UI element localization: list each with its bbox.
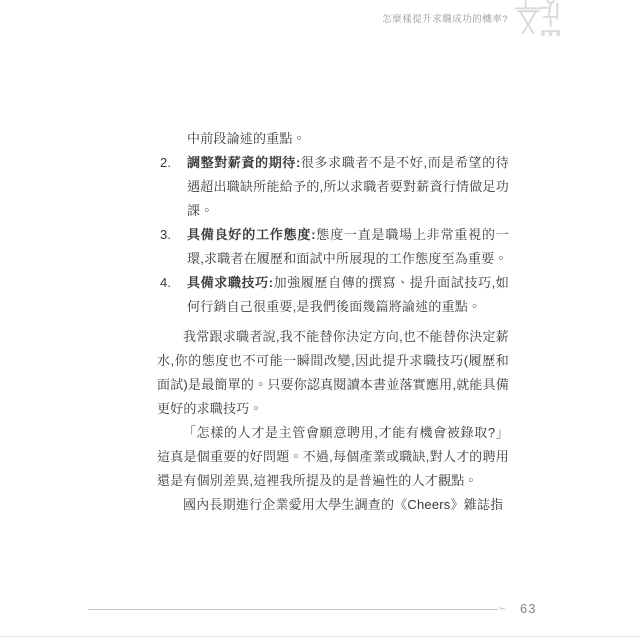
paragraph-3: 國內長期進行企業愛用大學生調查的《Cheers》雜誌指	[157, 493, 509, 517]
paragraph-1: 我常跟求職者說,我不能替你決定方向,也不能替你決定薪水,你的態度也不可能一瞬間改…	[157, 325, 509, 421]
list-item-text: 調整對薪資的期待:很多求職者不是不好,而是希望的待遇超出職缺所能給予的,所以求職…	[187, 151, 509, 223]
person-at-desk-icon	[512, 0, 570, 37]
running-title: 怎麼樣提升求職成功的機率?	[382, 11, 508, 25]
page-body: 中前段論述的重點。 2. 調整對薪資的期待:很多求職者不是不好,而是希望的待遇超…	[157, 127, 509, 517]
list-lead: 具備良好的工作態度:	[187, 227, 316, 242]
list-item-3: 3. 具備良好的工作態度:態度一直是職場上非常重視的一環,求職者在履歷和面試中所…	[157, 223, 509, 271]
book-page: 怎麼樣提升求職成功的機率? 中前段論述的重點。 2. 調整對薪資的期待:很多求職…	[0, 0, 640, 640]
list-item-4: 4. 具備求職技巧:加強履歷自傳的撰寫、提升面試技巧,如何行銷自己很重要,是我們…	[157, 271, 509, 319]
list-item-1-continuation: 中前段論述的重點。	[187, 127, 509, 151]
footer-rule	[88, 609, 498, 610]
list-lead: 具備求職技巧:	[187, 275, 273, 290]
paragraph-block: 我常跟求職者說,我不能替你決定方向,也不能替你決定薪水,你的態度也不可能一瞬間改…	[157, 325, 509, 517]
page-number: 63	[520, 601, 536, 616]
list-number: 4.	[157, 271, 187, 319]
list-item-2: 2. 調整對薪資的期待:很多求職者不是不好,而是希望的待遇超出職缺所能給予的,所…	[157, 151, 509, 223]
list-item-text: 具備良好的工作態度:態度一直是職場上非常重視的一環,求職者在履歷和面試中所展現的…	[187, 223, 509, 271]
list-number: 2.	[157, 151, 187, 223]
list-item-text: 具備求職技巧:加強履歷自傳的撰寫、提升面試技巧,如何行銷自己很重要,是我們後面幾…	[187, 271, 509, 319]
page-bottom-edge	[0, 636, 640, 637]
paragraph-2: 「怎樣的人才是主管會願意聘用,才能有機會被錄取?」這真是個重要的好問題。不過,每…	[157, 421, 509, 493]
list-number: 3.	[157, 223, 187, 271]
footer-rule-tick	[499, 607, 505, 609]
list-lead: 調整對薪資的期待:	[187, 155, 300, 170]
